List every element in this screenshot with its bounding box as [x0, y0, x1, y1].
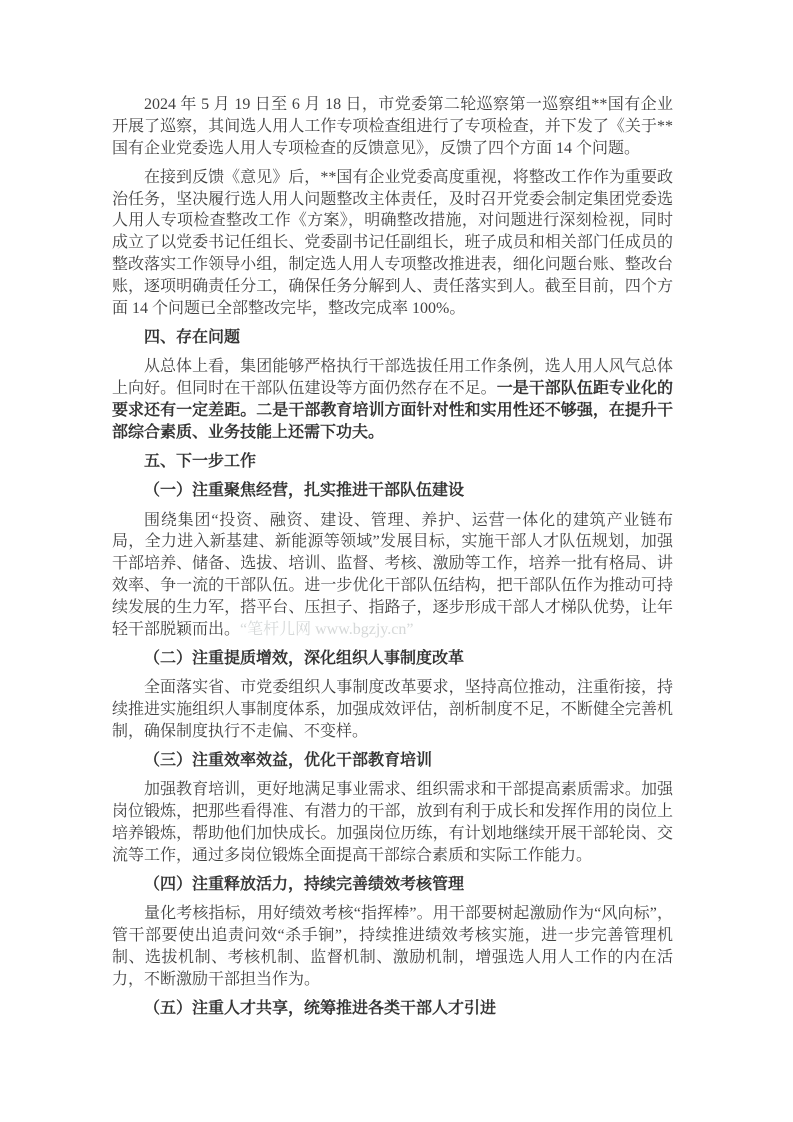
section-4-heading: 四、存在问题 [112, 327, 673, 349]
subsection-4-paragraph: 量化考核指标，用好绩效考核“指挥棒”。用干部要树起激励作为“风向标”，管干部要使… [112, 903, 673, 990]
intro-paragraph: 2024 年 5 月 19 日至 6 月 18 日，市党委第二轮巡察第一巡察组*… [112, 94, 673, 159]
subsection-5-heading: （五）注重人才共享，统筹推进各类干部人才引进 [112, 998, 673, 1020]
section-5-heading: 五、下一步工作 [112, 451, 673, 473]
subsection-3-heading: （三）注重效率效益，优化干部教育培训 [112, 750, 673, 772]
problems-paragraph: 从总体上看，集团能够严格执行干部选拔任用工作条例，选人用人风气总体上向好。但同时… [112, 356, 673, 443]
subsection-2-heading: （二）注重提质增效，深化组织人事制度改革 [112, 648, 673, 670]
subsection-4-heading: （四）注重释放活力，持续完善绩效考核管理 [112, 874, 673, 896]
document-page: 2024 年 5 月 19 日至 6 月 18 日，市党委第二轮巡察第一巡察组*… [0, 0, 793, 1122]
rectification-paragraph: 在接到反馈《意见》后，**国有企业党委高度重视，将整改工作作为重要政治任务，坚决… [112, 167, 673, 320]
subsection-1-body-run: 围绕集团“投资、融资、建设、管理、养护、运营一体化的建筑产业链布局，全力进入新基… [112, 512, 673, 638]
subsection-1-paragraph: 围绕集团“投资、融资、建设、管理、养护、运营一体化的建筑产业链布局，全力进入新基… [112, 510, 673, 641]
subsection-1-heading: （一）注重聚焦经营，扎实推进干部队伍建设 [112, 480, 673, 502]
watermark-text: “笔杆儿网 www.bgzjy.cn” [240, 621, 413, 638]
subsection-3-paragraph: 加强教育培训，更好地满足事业需求、组织需求和干部提高素质需求。加强岗位锻炼，把那… [112, 779, 673, 866]
subsection-2-paragraph: 全面落实省、市党委组织人事制度改革要求，坚持高位推动，注重衔接，持续推进实施组织… [112, 677, 673, 742]
